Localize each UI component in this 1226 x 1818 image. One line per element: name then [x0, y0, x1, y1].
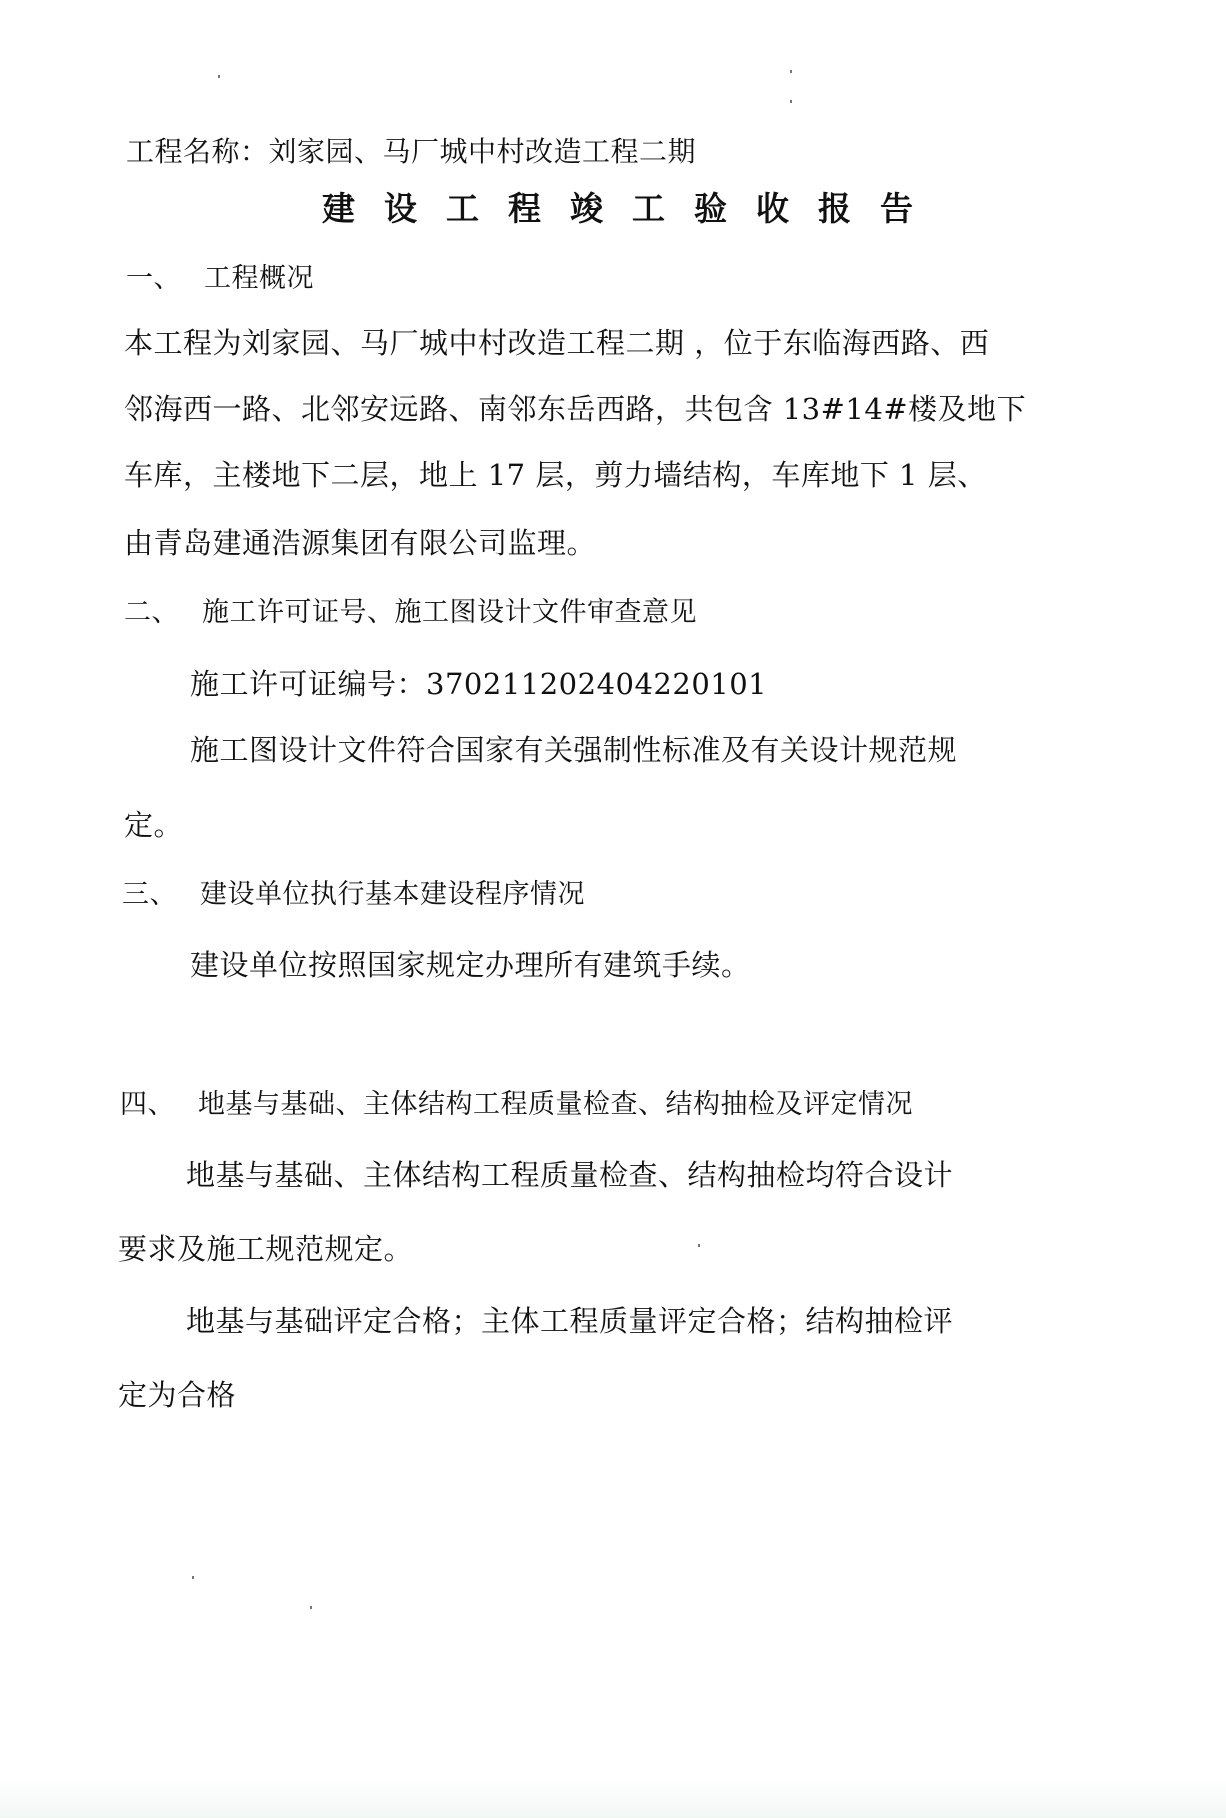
section-4-paragraph-line: 要求及施工规范规定。 — [118, 1232, 413, 1266]
permit-number-value: 370211202404220101 — [426, 667, 767, 701]
section-1-paragraph-line: 车库，主楼地下二层，地上 17 层，剪力墙结构，车库地下 1 层、 — [124, 458, 987, 492]
scan-speck — [192, 1576, 194, 1579]
section-1-paragraph-line: 由青岛建通浩源集团有限公司监理。 — [124, 526, 596, 560]
project-name-label: 工程名称： — [126, 135, 269, 168]
section-2-paragraph-line: 施工图设计文件符合国家有关强制性标准及有关设计规范规 — [190, 733, 957, 767]
permit-number-label: 施工许可证编号： — [190, 667, 426, 701]
scan-bottom-edge — [0, 1778, 1226, 1818]
section-number: 四、 — [120, 1088, 198, 1122]
project-name-value: 刘家园、马厂城中村改造工程二期 — [269, 135, 697, 168]
section-4-paragraph-line: 地基与基础、主体结构工程质量检查、结构抽检均符合设计 — [186, 1158, 953, 1192]
document-title: 建设工程竣工验收报告 — [322, 192, 942, 226]
scan-speck — [218, 75, 220, 78]
section-2-paragraph-line: 定。 — [124, 808, 183, 842]
section-1-paragraph-line: 邻海西一路、北邻安远路、南邻东岳西路，共包含 13#14#楼及地下 — [124, 392, 1026, 426]
scan-speck — [790, 70, 792, 73]
scan-speck — [790, 100, 792, 103]
section-1-heading: 一、工程概况 — [126, 262, 314, 296]
section-number: 三、 — [122, 878, 200, 912]
permit-number-line: 施工许可证编号：370211202404220101 — [190, 667, 767, 701]
scan-speck — [310, 1606, 312, 1609]
section-3-paragraph-line: 建设单位按照国家规定办理所有建筑手续。 — [190, 948, 751, 982]
scan-speck — [698, 1244, 700, 1247]
section-4-heading: 四、地基与基础、主体结构工程质量检查、结构抽检及评定情况 — [120, 1088, 913, 1122]
section-heading-text: 施工许可证号、施工图设计文件审查意见 — [202, 597, 697, 628]
section-number: 二、 — [124, 596, 202, 630]
section-3-heading: 三、建设单位执行基本建设程序情况 — [122, 878, 585, 912]
project-name-line: 工程名称：刘家园、马厂城中村改造工程二期 — [126, 135, 696, 169]
section-heading-text: 工程概况 — [204, 263, 314, 294]
section-4-paragraph-line: 地基与基础评定合格；主体工程质量评定合格；结构抽检评 — [186, 1304, 953, 1338]
section-4-paragraph-line: 定为合格 — [118, 1378, 236, 1412]
section-number: 一、 — [126, 262, 204, 296]
section-heading-text: 建设单位执行基本建设程序情况 — [200, 879, 585, 910]
section-2-heading: 二、施工许可证号、施工图设计文件审查意见 — [124, 596, 697, 630]
section-1-paragraph-line: 本工程为刘家园、马厂城中村改造工程二期 ，位于东临海西路、西 — [124, 326, 989, 360]
section-heading-text: 地基与基础、主体结构工程质量检查、结构抽检及评定情况 — [198, 1089, 913, 1120]
scanned-document-page: 工程名称：刘家园、马厂城中村改造工程二期 建设工程竣工验收报告 一、工程概况 本… — [0, 0, 1226, 1818]
